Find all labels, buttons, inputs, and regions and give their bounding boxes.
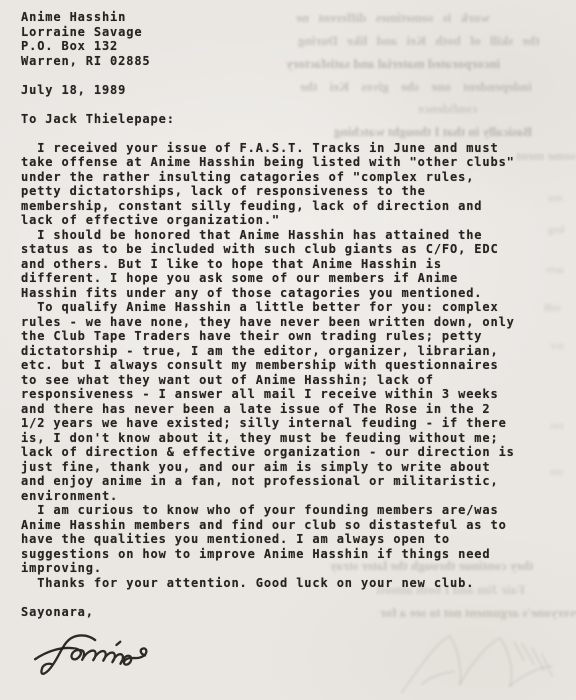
- sender-name: Lorraine Savage: [21, 25, 515, 40]
- blank-line: [21, 126, 515, 141]
- letter-line: the Club Tape Traders have their own tra…: [21, 329, 515, 344]
- signature-stroke: [40, 635, 97, 674]
- blank-line: [21, 590, 515, 605]
- letter-line: To qualify Anime Hasshin a little better…: [21, 300, 515, 315]
- letter-line: rules - we have none, they have never be…: [21, 315, 515, 330]
- bleedthrough-text: scr: [550, 340, 564, 352]
- bleedthrough-text: still: [544, 302, 561, 314]
- letter-line: just fine, thank you, and our aim is sim…: [21, 460, 515, 475]
- letter-line: etc. but I always consult my membership …: [21, 358, 515, 373]
- bleedthrough-text: keg: [548, 224, 565, 236]
- bleedthrough-text: res: [550, 420, 564, 432]
- letter-line: I am curious to know who of your foundin…: [21, 503, 515, 518]
- letter-line: and enjoy anime in a fan, not profession…: [21, 474, 515, 489]
- letter-line: Thanks for your attention. Good luck on …: [21, 576, 515, 591]
- signature-lorraine: [31, 627, 164, 686]
- blank-line: [21, 97, 515, 112]
- letter-line: I should be honored that Anime Hasshin h…: [21, 228, 515, 243]
- letter-line: and there has never been a late issue of…: [21, 402, 515, 417]
- letter-line: status as to be included with such club …: [21, 242, 515, 257]
- sender-city-state: Warren, RI 02885: [21, 54, 515, 69]
- letter-line: 1/2 years we have existed; silly interna…: [21, 416, 515, 431]
- scanned-letter-page: work is sometimes different ne the skill…: [0, 0, 576, 700]
- letter-line: suggestions on how to improve Anime Hass…: [21, 547, 515, 562]
- letter-line: Hasshin fits under any of those catagori…: [21, 286, 515, 301]
- letter-body: Anime Hasshin Lorraine Savage P.O. Box 1…: [21, 10, 515, 619]
- letter-date: July 18, 1989: [21, 83, 515, 98]
- salutation: To Jack Thielepape:: [21, 112, 515, 127]
- letter-line: membership, constant silly feuding, lack…: [21, 199, 515, 214]
- letter-line: is, I don't know about it, they must be …: [21, 431, 515, 446]
- bleedthrough-sketch: [392, 622, 572, 698]
- letter-line: and others. But I like to hope that Anim…: [21, 257, 515, 272]
- letter-line: petty dictatorships, lack of responsiven…: [21, 184, 515, 199]
- bleedthrough-text: arts: [546, 264, 564, 276]
- letter-line: responsiveness - I answer all mail I rec…: [21, 387, 515, 402]
- letter-line: dictatorship - true, I am the editor, or…: [21, 344, 515, 359]
- letter-line: different. I hope you ask some of our me…: [21, 271, 515, 286]
- sender-club-name: Anime Hasshin: [21, 10, 515, 25]
- bleedthrough-text: some ment: [516, 148, 576, 164]
- bleedthrough-text: sto: [550, 466, 563, 478]
- letter-line: lack of effective organization.": [21, 213, 515, 228]
- sender-po-box: P.O. Box 132: [21, 39, 515, 54]
- letter-line: improving.: [21, 561, 515, 576]
- blank-line: [21, 68, 515, 83]
- letter-line: have the qualities you mentioned. I am a…: [21, 532, 515, 547]
- letter-line: take offense at Anime Hasshin being list…: [21, 155, 515, 170]
- letter-line: I received your issue of F.A.S.T. Tracks…: [21, 141, 515, 156]
- letter-line: to see what they want out of Anime Hassh…: [21, 373, 515, 388]
- letter-line: lack of direction & effective organizati…: [21, 445, 515, 460]
- bleedthrough-text: sea: [548, 192, 563, 204]
- letter-line: Anime Hasshin members and find our club …: [21, 518, 515, 533]
- closing: Sayonara,: [21, 605, 515, 620]
- letter-line: under the rather insulting catagories of…: [21, 170, 515, 185]
- signature-stroke: [116, 642, 120, 645]
- letter-line: environment.: [21, 489, 515, 504]
